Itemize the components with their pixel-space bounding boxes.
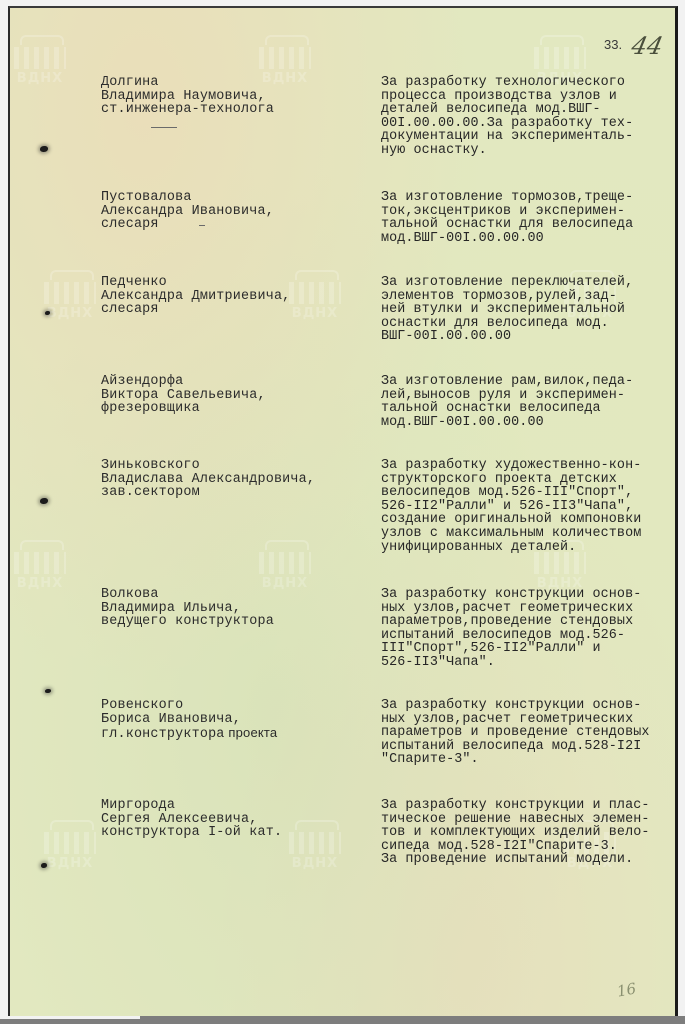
given-name-patronymic: Владимира Ильича, xyxy=(101,602,371,616)
surname: Айзендорфа xyxy=(101,375,371,389)
award-reason-line: ней втулки и экспериментальной xyxy=(381,303,671,317)
award-reason-block: За разработку конструкции основ-ных узло… xyxy=(381,699,671,767)
award-reason-line: велосипедов мод.526-III"Спорт", xyxy=(381,486,671,500)
award-reason-line: процесса производства узлов и xyxy=(381,90,671,104)
hole-punch-mark xyxy=(40,498,48,504)
job-title-suffix: проекта xyxy=(225,725,278,740)
job-title: ведущего конструктора xyxy=(101,615,371,629)
award-reason-line: мод.ВШГ-00I.00.00.00 xyxy=(381,416,671,430)
award-reason-block: За разработку художественно-кон-структор… xyxy=(381,459,671,554)
given-name-patronymic: Александра Дмитриевича, xyxy=(101,290,371,304)
award-reason-block: За изготовление рам,вилок,педа-лей,вынос… xyxy=(381,375,671,429)
award-reason-line: структорского проекта детских xyxy=(381,473,671,487)
surname: Ровенского xyxy=(101,699,371,713)
award-reason-block: За разработку конструкции и плас-тическо… xyxy=(381,799,671,867)
award-reason-block: За изготовление переключателей,элементов… xyxy=(381,276,671,344)
hole-punch-mark xyxy=(41,863,47,868)
award-reason-line: ток,эксцентриков и эксперимен- xyxy=(381,205,671,219)
job-title: фрезеровщика xyxy=(101,402,371,416)
award-reason-line: ную оснастку. xyxy=(381,144,671,158)
award-reason-line: унифицированных деталей. xyxy=(381,541,671,555)
award-reason-line: 526-II3"Чапа". xyxy=(381,656,671,670)
award-reason-line: ных узлов,расчет геометрических xyxy=(381,602,671,616)
stray-dash-mark xyxy=(199,225,205,226)
award-reason-line: За проведение испытаний модели. xyxy=(381,853,671,867)
surname: Миргорода xyxy=(101,799,371,813)
hole-punch-mark xyxy=(45,689,51,693)
award-reason-line: тальной оснастки велосипеда xyxy=(381,402,671,416)
surname: Пустовалова xyxy=(101,191,371,205)
award-reason-line: За изготовление рам,вилок,педа- xyxy=(381,375,671,389)
surname: Педченко xyxy=(101,276,371,290)
page-number-typed: 33. xyxy=(604,37,622,52)
surname: Волкова xyxy=(101,588,371,602)
given-name-patronymic: Виктора Савельевича, xyxy=(101,389,371,403)
given-name-patronymic: Александра Ивановича, xyxy=(101,205,371,219)
person-name-block: ВолковаВладимира Ильича,ведущего констру… xyxy=(101,588,371,629)
award-reason-line: лей,выносов руля и эксперимен- xyxy=(381,389,671,403)
job-title: конструктора I-ой кат. xyxy=(101,826,371,840)
award-reason-block: За изготовление тормозов,треще-ток,эксце… xyxy=(381,191,671,245)
award-reason-line: испытаний велосипеда мод.528-I2I xyxy=(381,740,671,754)
award-reason-line: мод.ВШГ-00I.00.00.00 xyxy=(381,232,671,246)
award-reason-line: За разработку конструкции и плас- xyxy=(381,799,671,813)
award-reason-line: создание оригинальной компоновки xyxy=(381,513,671,527)
stray-dash-mark xyxy=(151,127,177,128)
award-reason-line: элементов тормозов,рулей,зад- xyxy=(381,290,671,304)
award-reason-line: За разработку художественно-кон- xyxy=(381,459,671,473)
award-reason-line: параметров и проведение стендовых xyxy=(381,726,671,740)
award-reason-line: За разработку конструкции основ- xyxy=(381,588,671,602)
award-reason-line: III"Спорт",526-II2"Ралли" и xyxy=(381,642,671,656)
person-name-block: ПустоваловаАлександра Ивановича,слесаря xyxy=(101,191,371,232)
award-reason-line: "Спарите-3". xyxy=(381,753,671,767)
person-name-block: АйзендорфаВиктора Савельевича,фрезеровщи… xyxy=(101,375,371,416)
person-name-block: ПедченкоАлександра Дмитриевича,слесаря xyxy=(101,276,371,317)
job-title: слесаря xyxy=(101,218,371,232)
award-reason-line: За изготовление тормозов,треще- xyxy=(381,191,671,205)
award-reason-line: За разработку конструкции основ- xyxy=(381,699,671,713)
award-reason-line: сипеда мод.528-I2I"Спарите-3. xyxy=(381,840,671,854)
award-reason-line: узлов с максимальным количеством xyxy=(381,527,671,541)
person-name-block: МиргородаСергея Алексеевича,конструктора… xyxy=(101,799,371,840)
award-reason-line: ВШГ-00I.00.00.00 xyxy=(381,330,671,344)
scan-bottom-edge-highlight xyxy=(0,1016,140,1019)
award-reason-line: 526-II2"Ралли" и 526-II3"Чапа", xyxy=(381,500,671,514)
award-reason-line: деталей велосипеда мод.ВШГ- xyxy=(381,103,671,117)
award-reason-line: ных узлов,расчет геометрических xyxy=(381,713,671,727)
award-reason-line: тальной оснастки для велосипеда xyxy=(381,218,671,232)
page-number-handwritten: 44 xyxy=(629,32,665,60)
job-title: ст.инженера-технолога xyxy=(101,103,371,117)
job-title: зав.сектором xyxy=(101,486,371,500)
job-title: гл.конструктора проекта xyxy=(101,726,371,742)
given-name-patronymic: Сергея Алексеевича, xyxy=(101,813,371,827)
award-reason-line: За изготовление переключателей, xyxy=(381,276,671,290)
person-name-block: ЗиньковскогоВладислава Александровича,за… xyxy=(101,459,371,500)
award-reason-line: оснастки для велосипеда мод. xyxy=(381,317,671,331)
award-reason-line: документации на эксперименталь- xyxy=(381,130,671,144)
award-reason-block: За разработку конструкции основ-ных узло… xyxy=(381,588,671,670)
person-name-block: ДолгинаВладимира Наумовича,ст.инженера-т… xyxy=(101,76,371,117)
job-title: слесаря xyxy=(101,303,371,317)
award-reason-block: За разработку технологическогопроцесса п… xyxy=(381,76,671,158)
hole-punch-mark xyxy=(45,311,50,315)
award-reason-line: 00I.00.00.00.За разработку тех- xyxy=(381,117,671,131)
award-reason-line: тическое решение навесных элемен- xyxy=(381,813,671,827)
award-reason-line: За разработку технологического xyxy=(381,76,671,90)
given-name-patronymic: Владимира Наумовича, xyxy=(101,90,371,104)
surname: Зиньковского xyxy=(101,459,371,473)
given-name-patronymic: Бориса Ивановича, xyxy=(101,713,371,727)
hole-punch-mark xyxy=(40,146,48,152)
person-name-block: РовенскогоБориса Ивановича,гл.конструкто… xyxy=(101,699,371,742)
page-number-bottom: 16 xyxy=(616,979,638,1000)
award-reason-line: испытаний велосипедов мод.526- xyxy=(381,629,671,643)
award-reason-line: параметров,проведение стендовых xyxy=(381,615,671,629)
surname: Долгина xyxy=(101,76,371,90)
given-name-patronymic: Владислава Александровича, xyxy=(101,473,371,487)
award-reason-line: тов и комплектующих изделий вело- xyxy=(381,826,671,840)
